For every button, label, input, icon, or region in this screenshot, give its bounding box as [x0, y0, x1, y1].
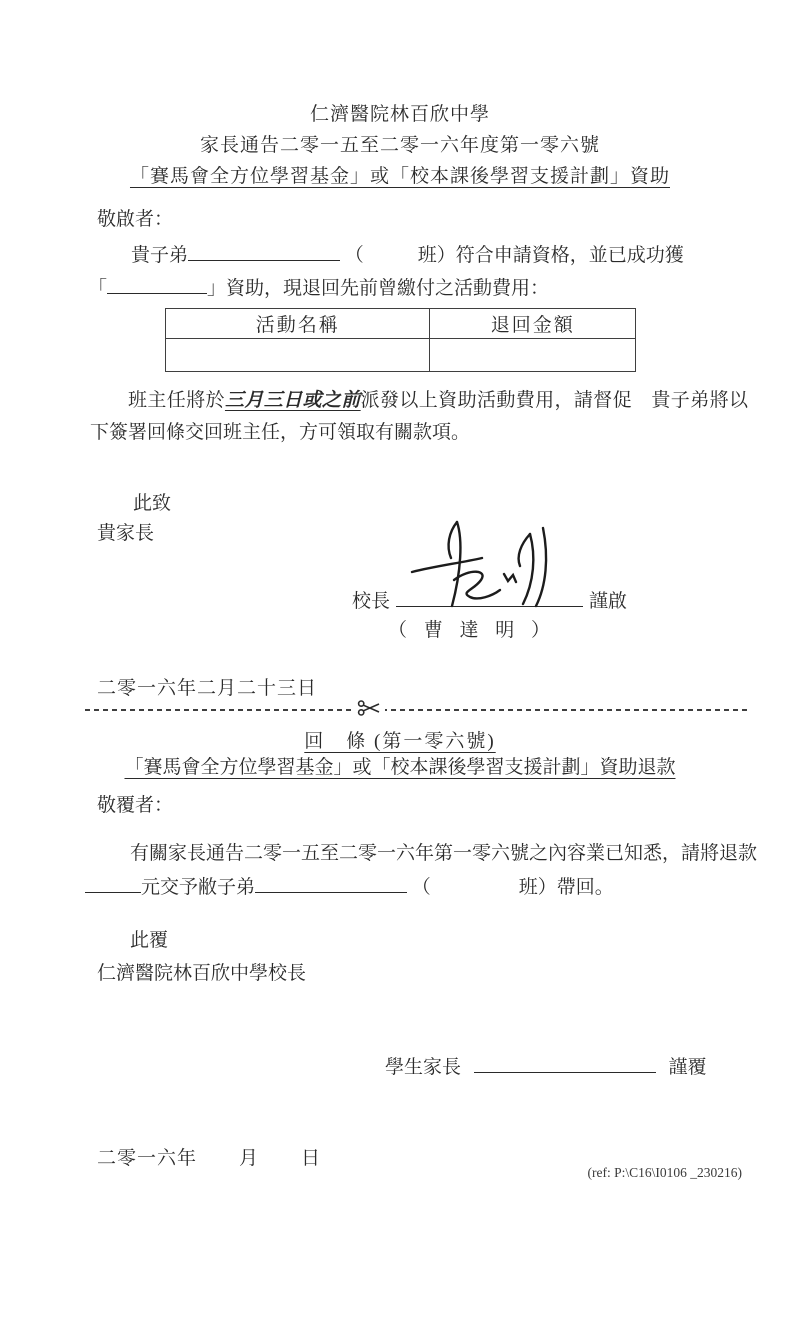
amount-suffix: 元交予敝子弟 [141, 877, 255, 898]
principal-label: 校長 [352, 591, 390, 612]
para1-line1: 貴子弟 （班）符合申請資格，並已成功獲 [131, 240, 684, 267]
header-activity-name: 活動名稱 [166, 309, 430, 339]
para1-line2-suffix: 」資助，現退回先前曾繳付之活動費用： [207, 278, 549, 299]
salutation: 敬啟者： [97, 204, 173, 231]
table-row [166, 339, 636, 372]
header-refund-amount: 退回金額 [430, 309, 636, 339]
parent-signature-blank [474, 1053, 656, 1073]
reply-addressee: 仁濟醫院林百欣中學校長 [97, 958, 306, 985]
parent-honorific: 謹覆 [669, 1057, 707, 1078]
reply-class-suffix: 班）帶回。 [519, 877, 614, 898]
cut-line [85, 709, 747, 711]
zhici: 此致 [133, 488, 171, 515]
document-page: { "style": { "ink": "#2a2a2a", "rule": "… [0, 0, 800, 1319]
table-header-row: 活動名稱 退回金額 [166, 309, 636, 339]
quote-open: 「 [88, 278, 107, 299]
para2-prefix: 班主任將於 [128, 390, 225, 411]
class-suffix: 班）符合申請資格，並已成功獲 [418, 245, 684, 266]
reply-body-line1: 有關家長通告二零一五至二零一六年第一零六號之內容業已知悉，請將退款 [130, 838, 757, 865]
fund-name-blank [107, 274, 207, 294]
reply-date-day: 日 [301, 1148, 321, 1169]
recipient: 貴家長 [97, 518, 154, 545]
reply-body-line2: 元交予敝子弟 （班）帶回。 [85, 872, 614, 899]
notice-subject: 「賽馬會全方位學習基金」或「校本課後學習支援計劃」資助 [0, 161, 800, 192]
reply-date-year: 二零一六年 [97, 1148, 197, 1169]
para2: 班主任將於三月三日或之前派發以上資助活動費用，請督促 貴子弟將以下簽署回條交回班… [90, 385, 748, 449]
principal-name: （ 曹 達 明 ） [352, 615, 592, 642]
reply-salutation: 敬覆者： [97, 790, 173, 817]
reply-date-line: 二零一六年月日 [97, 1143, 321, 1170]
principal-honorific: 謹啟 [589, 591, 627, 612]
parent-signature-row: 學生家長 謹覆 [385, 1052, 707, 1079]
parent-label: 學生家長 [385, 1057, 461, 1078]
reply-date-month: 月 [239, 1148, 259, 1169]
school-name: 仁濟醫院林百欣中學 [0, 99, 800, 130]
notice-header: 仁濟醫院林百欣中學 家長通告二零一五至二零一六年度第一零六號 「賽馬會全方位學習… [0, 99, 800, 192]
cifu: 此覆 [130, 925, 168, 952]
deadline-text: 三月三日或之前 [225, 390, 361, 411]
file-reference: (ref: P:\C16\I0106 _230216) [588, 1165, 743, 1181]
cell-activity-name [166, 339, 430, 372]
reply-child-name-blank [255, 873, 407, 893]
principal-signature-scribble [408, 516, 580, 612]
notice-number-line: 家長通告二零一五至二零一六年度第一零六號 [0, 130, 800, 161]
refund-table: 活動名稱 退回金額 [165, 308, 636, 372]
reply-slip-subject: 「賽馬會全方位學習基金」或「校本課後學習支援計劃」資助退款 [0, 752, 800, 779]
reply-paren-open: （ [412, 877, 431, 898]
paren-open: （ [345, 245, 364, 266]
scissors-icon [353, 699, 385, 723]
child-label: 貴子弟 [131, 245, 188, 266]
reply-slip-title: 回 條 (第一零六號) [0, 726, 800, 753]
refund-amount-blank [85, 873, 141, 893]
notice-date: 二零一六年二月二十三日 [97, 673, 317, 700]
child-name-blank [188, 241, 340, 261]
para1-line2: 「」資助，現退回先前曾繳付之活動費用： [88, 273, 549, 300]
cell-refund-amount [430, 339, 636, 372]
